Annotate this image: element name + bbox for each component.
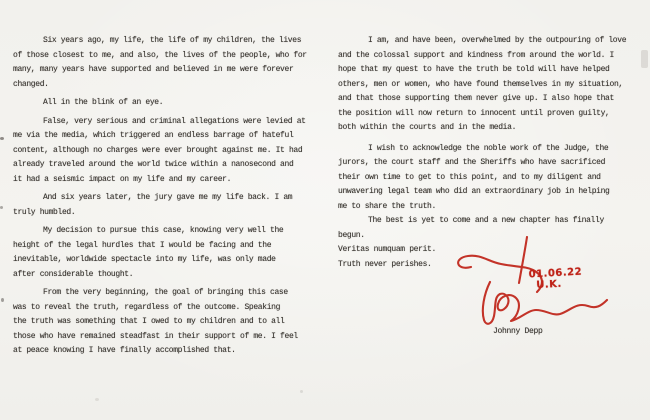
scanned-document: Six years ago, my life, the life of my c… xyxy=(0,0,650,420)
paragraph: And six years later, the jury gave me my… xyxy=(13,191,313,220)
scan-artifact xyxy=(0,137,4,140)
scan-artifact xyxy=(1,298,4,302)
scan-artifact xyxy=(0,206,3,209)
paragraph: From the very beginning, the goal of bri… xyxy=(13,286,313,359)
paragraph: False, very serious and criminal allegat… xyxy=(13,115,313,188)
scan-artifact xyxy=(641,50,648,68)
typed-signatory-name: Johnny Depp xyxy=(493,327,543,336)
paragraph: All in the blink of an eye. xyxy=(13,96,313,111)
statement-page-left: Six years ago, my life, the life of my c… xyxy=(0,0,325,420)
paragraph: My decision to pursue this case, knowing… xyxy=(13,224,313,282)
statement-page-right: I am, and have been, overwhelmed by the … xyxy=(325,0,650,420)
paragraph: I am, and have been, overwhelmed by the … xyxy=(338,34,638,136)
scan-artifact xyxy=(95,398,99,401)
paragraph: Six years ago, my life, the life of my c… xyxy=(13,34,313,92)
paragraph: I wish to acknowledge the noble work of … xyxy=(338,142,638,215)
handwritten-date-note: 01.06.22 U.K. xyxy=(528,267,582,292)
scan-artifact xyxy=(300,390,303,393)
